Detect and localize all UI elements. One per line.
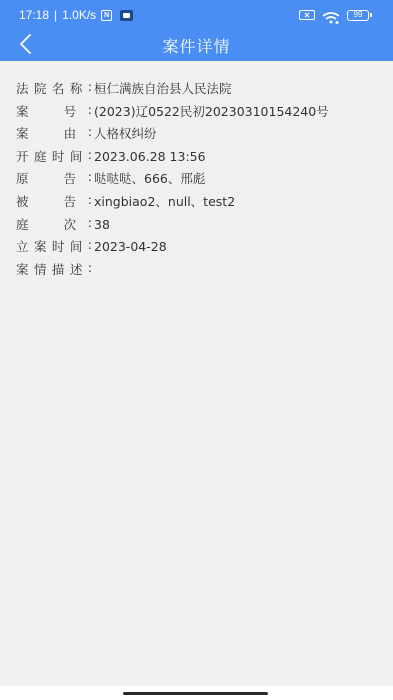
- status-right: 99: [299, 9, 369, 21]
- court-app-icon: [120, 10, 133, 21]
- detail-label: 被告:: [16, 192, 94, 210]
- detail-case-number: 案号: (2023)辽0522民初20230310154240号: [16, 102, 383, 125]
- detail-label: 开庭时间:: [16, 147, 94, 165]
- status-left: 17:18 | 1.0K/s N: [19, 8, 133, 22]
- detail-label: 法院名称:: [16, 79, 94, 97]
- detail-label: 庭次:: [16, 215, 94, 233]
- detail-session-count: 庭次: 38: [16, 215, 383, 238]
- wifi-icon: [322, 9, 340, 21]
- navbar: 案件详情: [0, 28, 393, 61]
- detail-value: 2023.06.28 13:56: [94, 149, 206, 164]
- detail-value: 人格权纠纷: [94, 124, 157, 142]
- detail-label: 案由:: [16, 124, 94, 142]
- nfc-icon: N: [101, 10, 112, 21]
- clock: 17:18: [19, 8, 49, 22]
- detail-value: 2023-04-28: [94, 239, 167, 254]
- detail-value: (2023)辽0522民初20230310154240号: [94, 102, 329, 120]
- detail-case-cause: 案由: 人格权纠纷: [16, 124, 383, 147]
- detail-case-description: 案情描述:: [16, 260, 383, 283]
- detail-label: 立案时间:: [16, 237, 94, 255]
- detail-plaintiff: 原告: 哒哒哒、666、邢彪: [16, 169, 383, 192]
- detail-label: 案情描述:: [16, 260, 94, 278]
- detail-label: 原告:: [16, 169, 94, 187]
- detail-value: 哒哒哒、666、邢彪: [94, 169, 205, 187]
- page-title: 案件详情: [0, 34, 393, 57]
- battery-icon: 99: [347, 10, 369, 21]
- network-speed: 1.0K/s: [62, 8, 96, 22]
- case-details: 法院名称: 桓仁满族自治县人民法院 案号: (2023)辽0522民初20230…: [16, 79, 383, 282]
- detail-label: 案号:: [16, 102, 94, 120]
- detail-value: 38: [94, 217, 110, 232]
- detail-value: xingbiao2、null、test2: [94, 192, 235, 210]
- detail-defendant: 被告: xingbiao2、null、test2: [16, 192, 383, 215]
- detail-filing-date: 立案时间: 2023-04-28: [16, 237, 383, 260]
- detail-hearing-time: 开庭时间: 2023.06.28 13:56: [16, 147, 383, 170]
- no-sim-icon: [299, 10, 315, 20]
- detail-value: 桓仁满族自治县人民法院: [94, 79, 232, 97]
- home-indicator[interactable]: [123, 692, 268, 695]
- separator: |: [54, 8, 57, 22]
- status-bar: 17:18 | 1.0K/s N 99: [0, 0, 393, 30]
- detail-court-name: 法院名称: 桓仁满族自治县人民法院: [16, 79, 383, 102]
- header: 17:18 | 1.0K/s N 99: [0, 0, 393, 61]
